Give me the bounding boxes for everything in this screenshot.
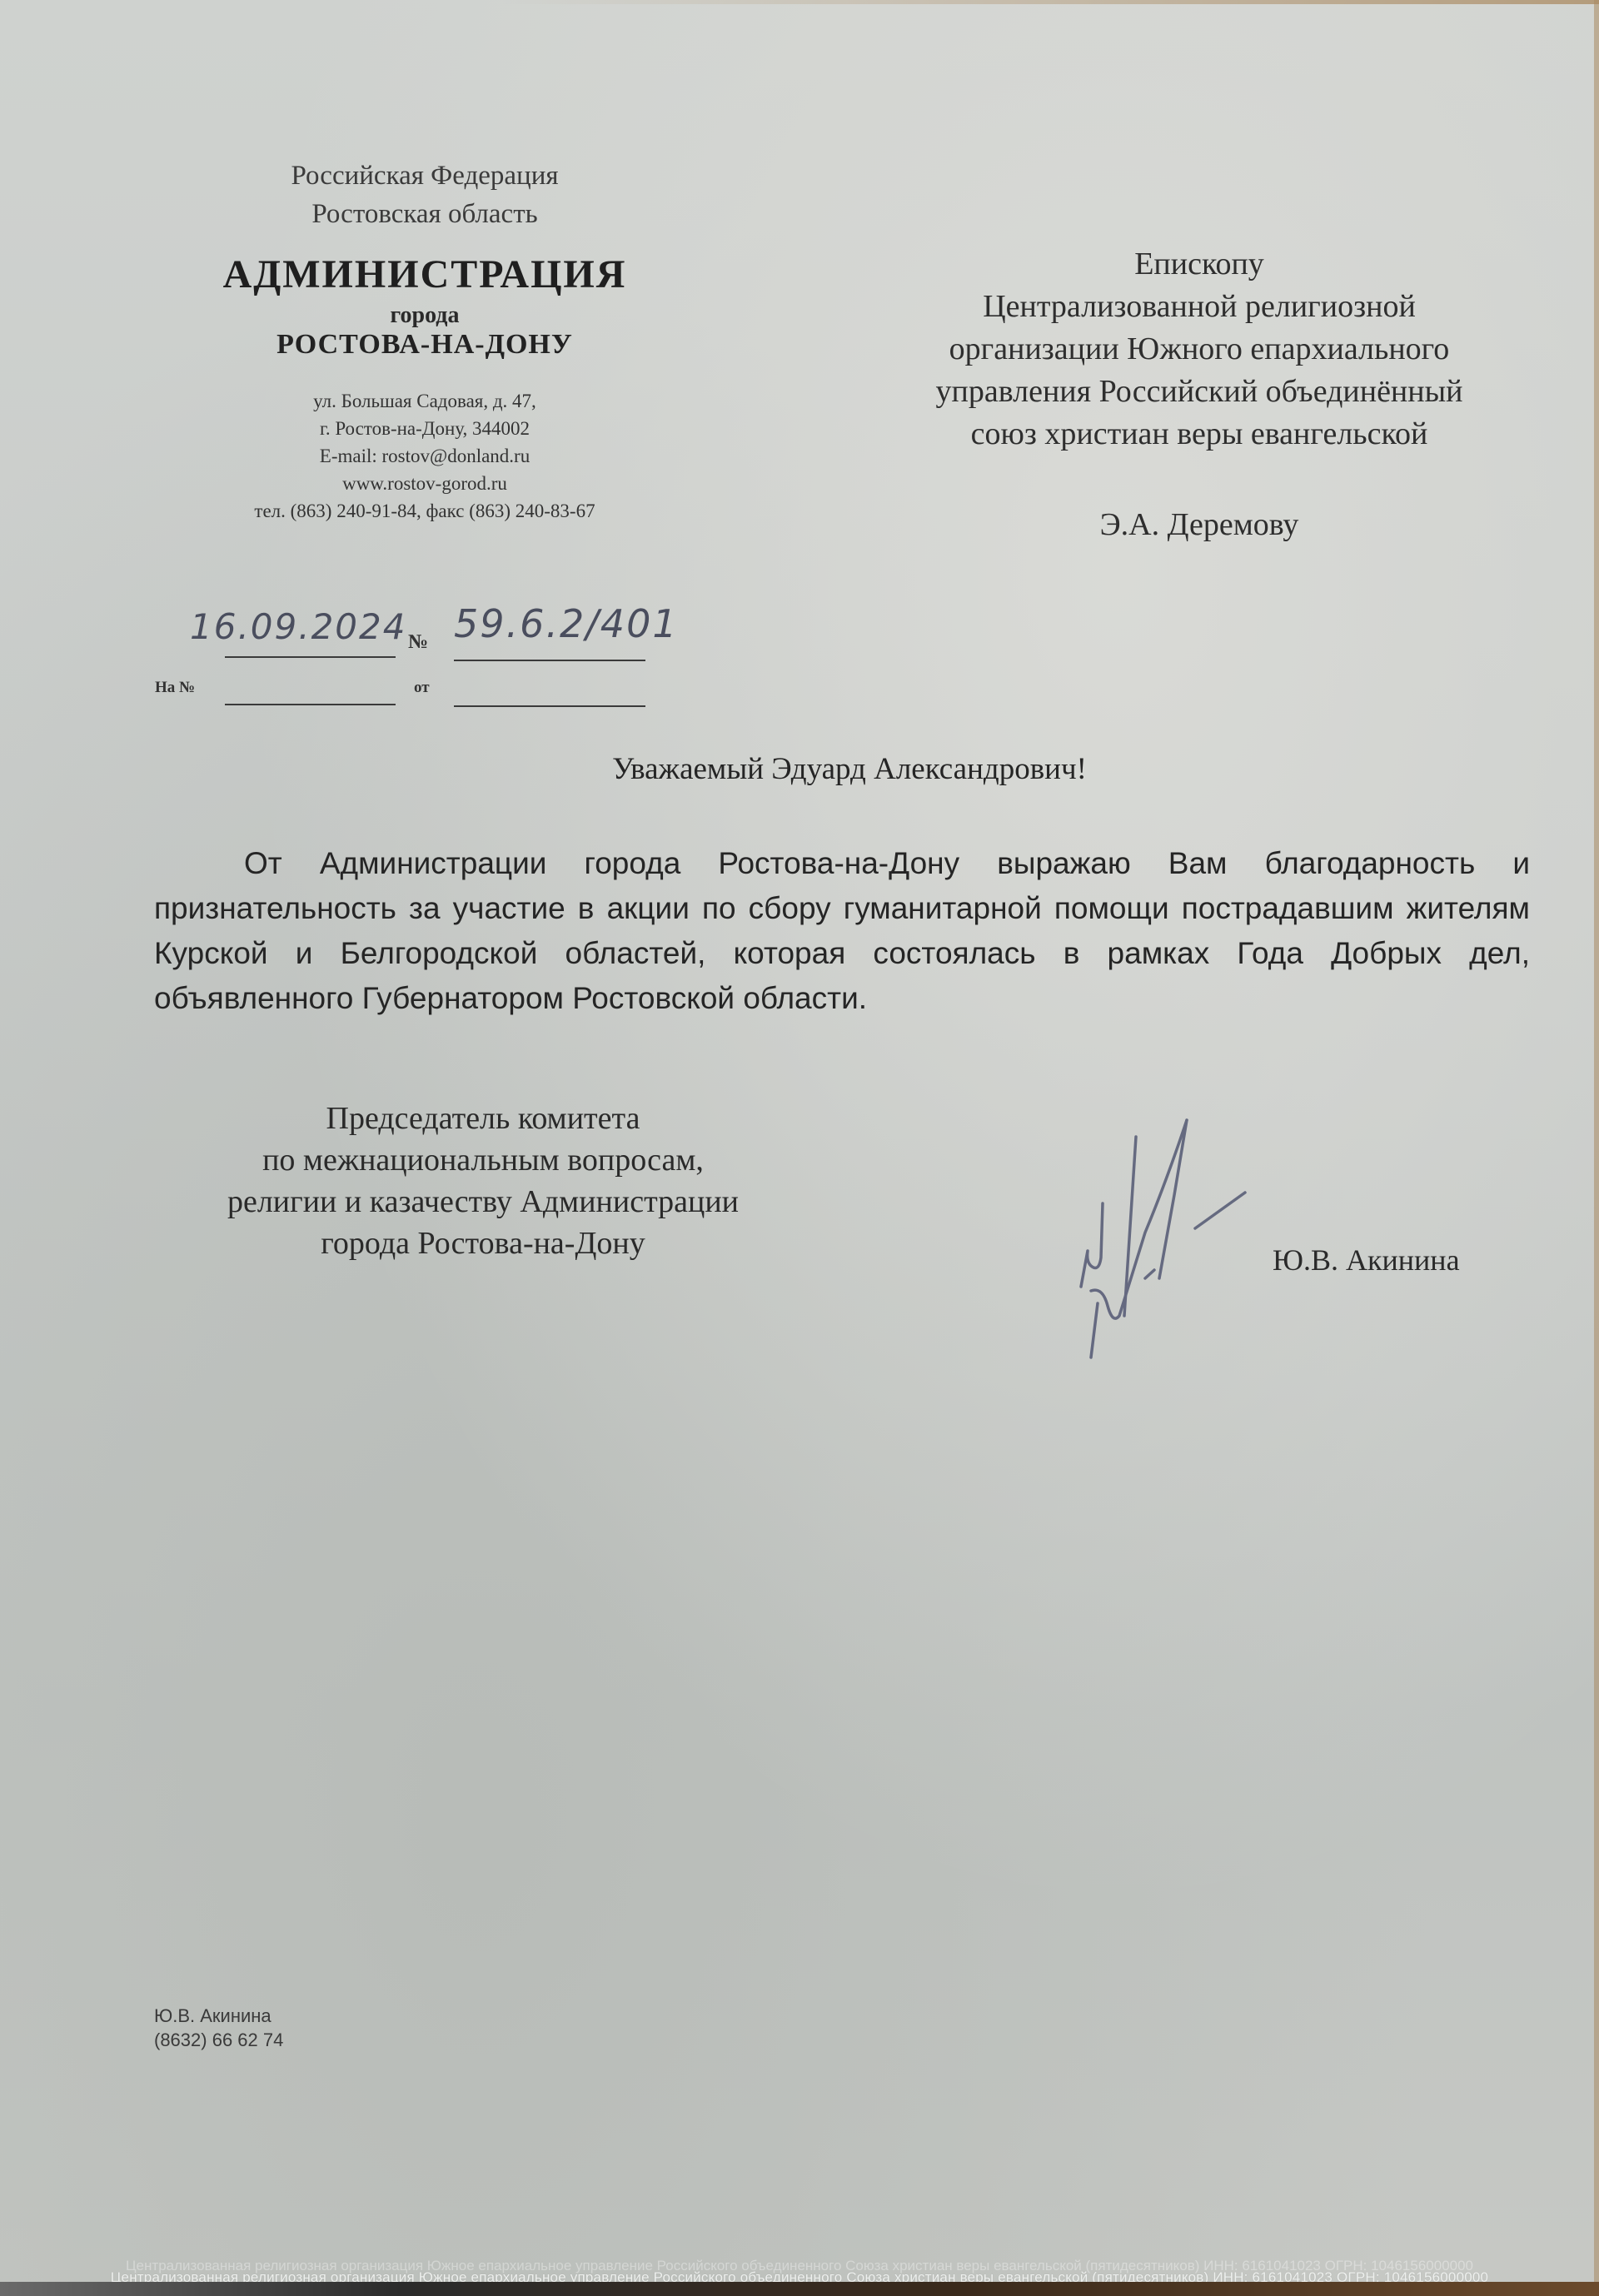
addressee-line: Епископу [866,243,1532,286]
addressee-line: Централизованной религиозной [866,286,1532,328]
executor-info: Ю.В. Акинина (8632) 66 62 74 [154,2004,283,2052]
handwritten-signature-icon [1066,1116,1266,1366]
letter-body: От Администрации города Ростова-на-Дону … [154,841,1530,1021]
from-underline [454,705,645,707]
reply-to-underline [225,704,396,705]
address-city: г. Ростов-на-Дону, 344002 [167,415,683,442]
signer-title-line: по межнациональным вопросам, [150,1139,816,1181]
executor-name: Ю.В. Акинина [154,2004,283,2028]
signer-title-line: Председатель комитета [150,1098,816,1139]
letterhead: Российская Федерация Ростовская область … [167,157,683,525]
letterhead-region: Ростовская область [167,195,683,233]
address-email: E-mail: rostov@donland.ru [167,442,683,470]
addressee-line: управления Российский объединённый [866,371,1532,413]
letter-body-text: От Администрации города Ростова-на-Дону … [154,846,1530,1015]
signer-title: Председатель комитета по межнациональным… [150,1098,816,1264]
registration-date: 16.09.2024 [190,606,406,647]
letterhead-org-city: РОСТОВА-НА-ДОНУ [167,329,683,361]
addressee-name: Э.А. Деремову [866,506,1532,543]
photo-bottom-edge [0,2282,1599,2296]
executor-phone: (8632) 66 62 74 [154,2028,283,2052]
address-phone-fax: тел. (863) 240-91-84, факс (863) 240-83-… [167,497,683,525]
letterhead-address: ул. Большая Садовая, д. 47, г. Ростов-на… [167,387,683,525]
date-underline [225,656,396,658]
signer-title-line: города Ростова-на-Дону [150,1223,816,1264]
letterhead-org-title: АДМИНИСТРАЦИЯ [167,252,683,297]
letterhead-country: Российская Федерация [167,157,683,195]
address-street: ул. Большая Садовая, д. 47, [167,387,683,415]
from-label: от [414,679,430,697]
signer-name: Ю.В. Акинина [1273,1243,1460,1277]
paper-right-edge [1594,0,1599,2296]
number-underline [454,660,645,661]
signer-title-line: религии и казачеству Администрации [150,1181,816,1223]
addressee-line: организации Южного епархиального [866,328,1532,371]
number-label: № [408,631,428,654]
paper-top-edge [500,0,1599,4]
addressee-block: Епископу Централизованной религиозной ор… [866,243,1532,456]
registration-number: 59.6.2/401 [454,601,679,646]
salutation: Уважаемый Эдуард Александрович! [150,751,1549,787]
addressee-line: союз христиан веры евангельской [866,413,1532,456]
reply-to-label: На № [155,679,195,697]
letterhead-org-of: города [167,302,683,329]
address-website: www.rostov-gorod.ru [167,470,683,497]
